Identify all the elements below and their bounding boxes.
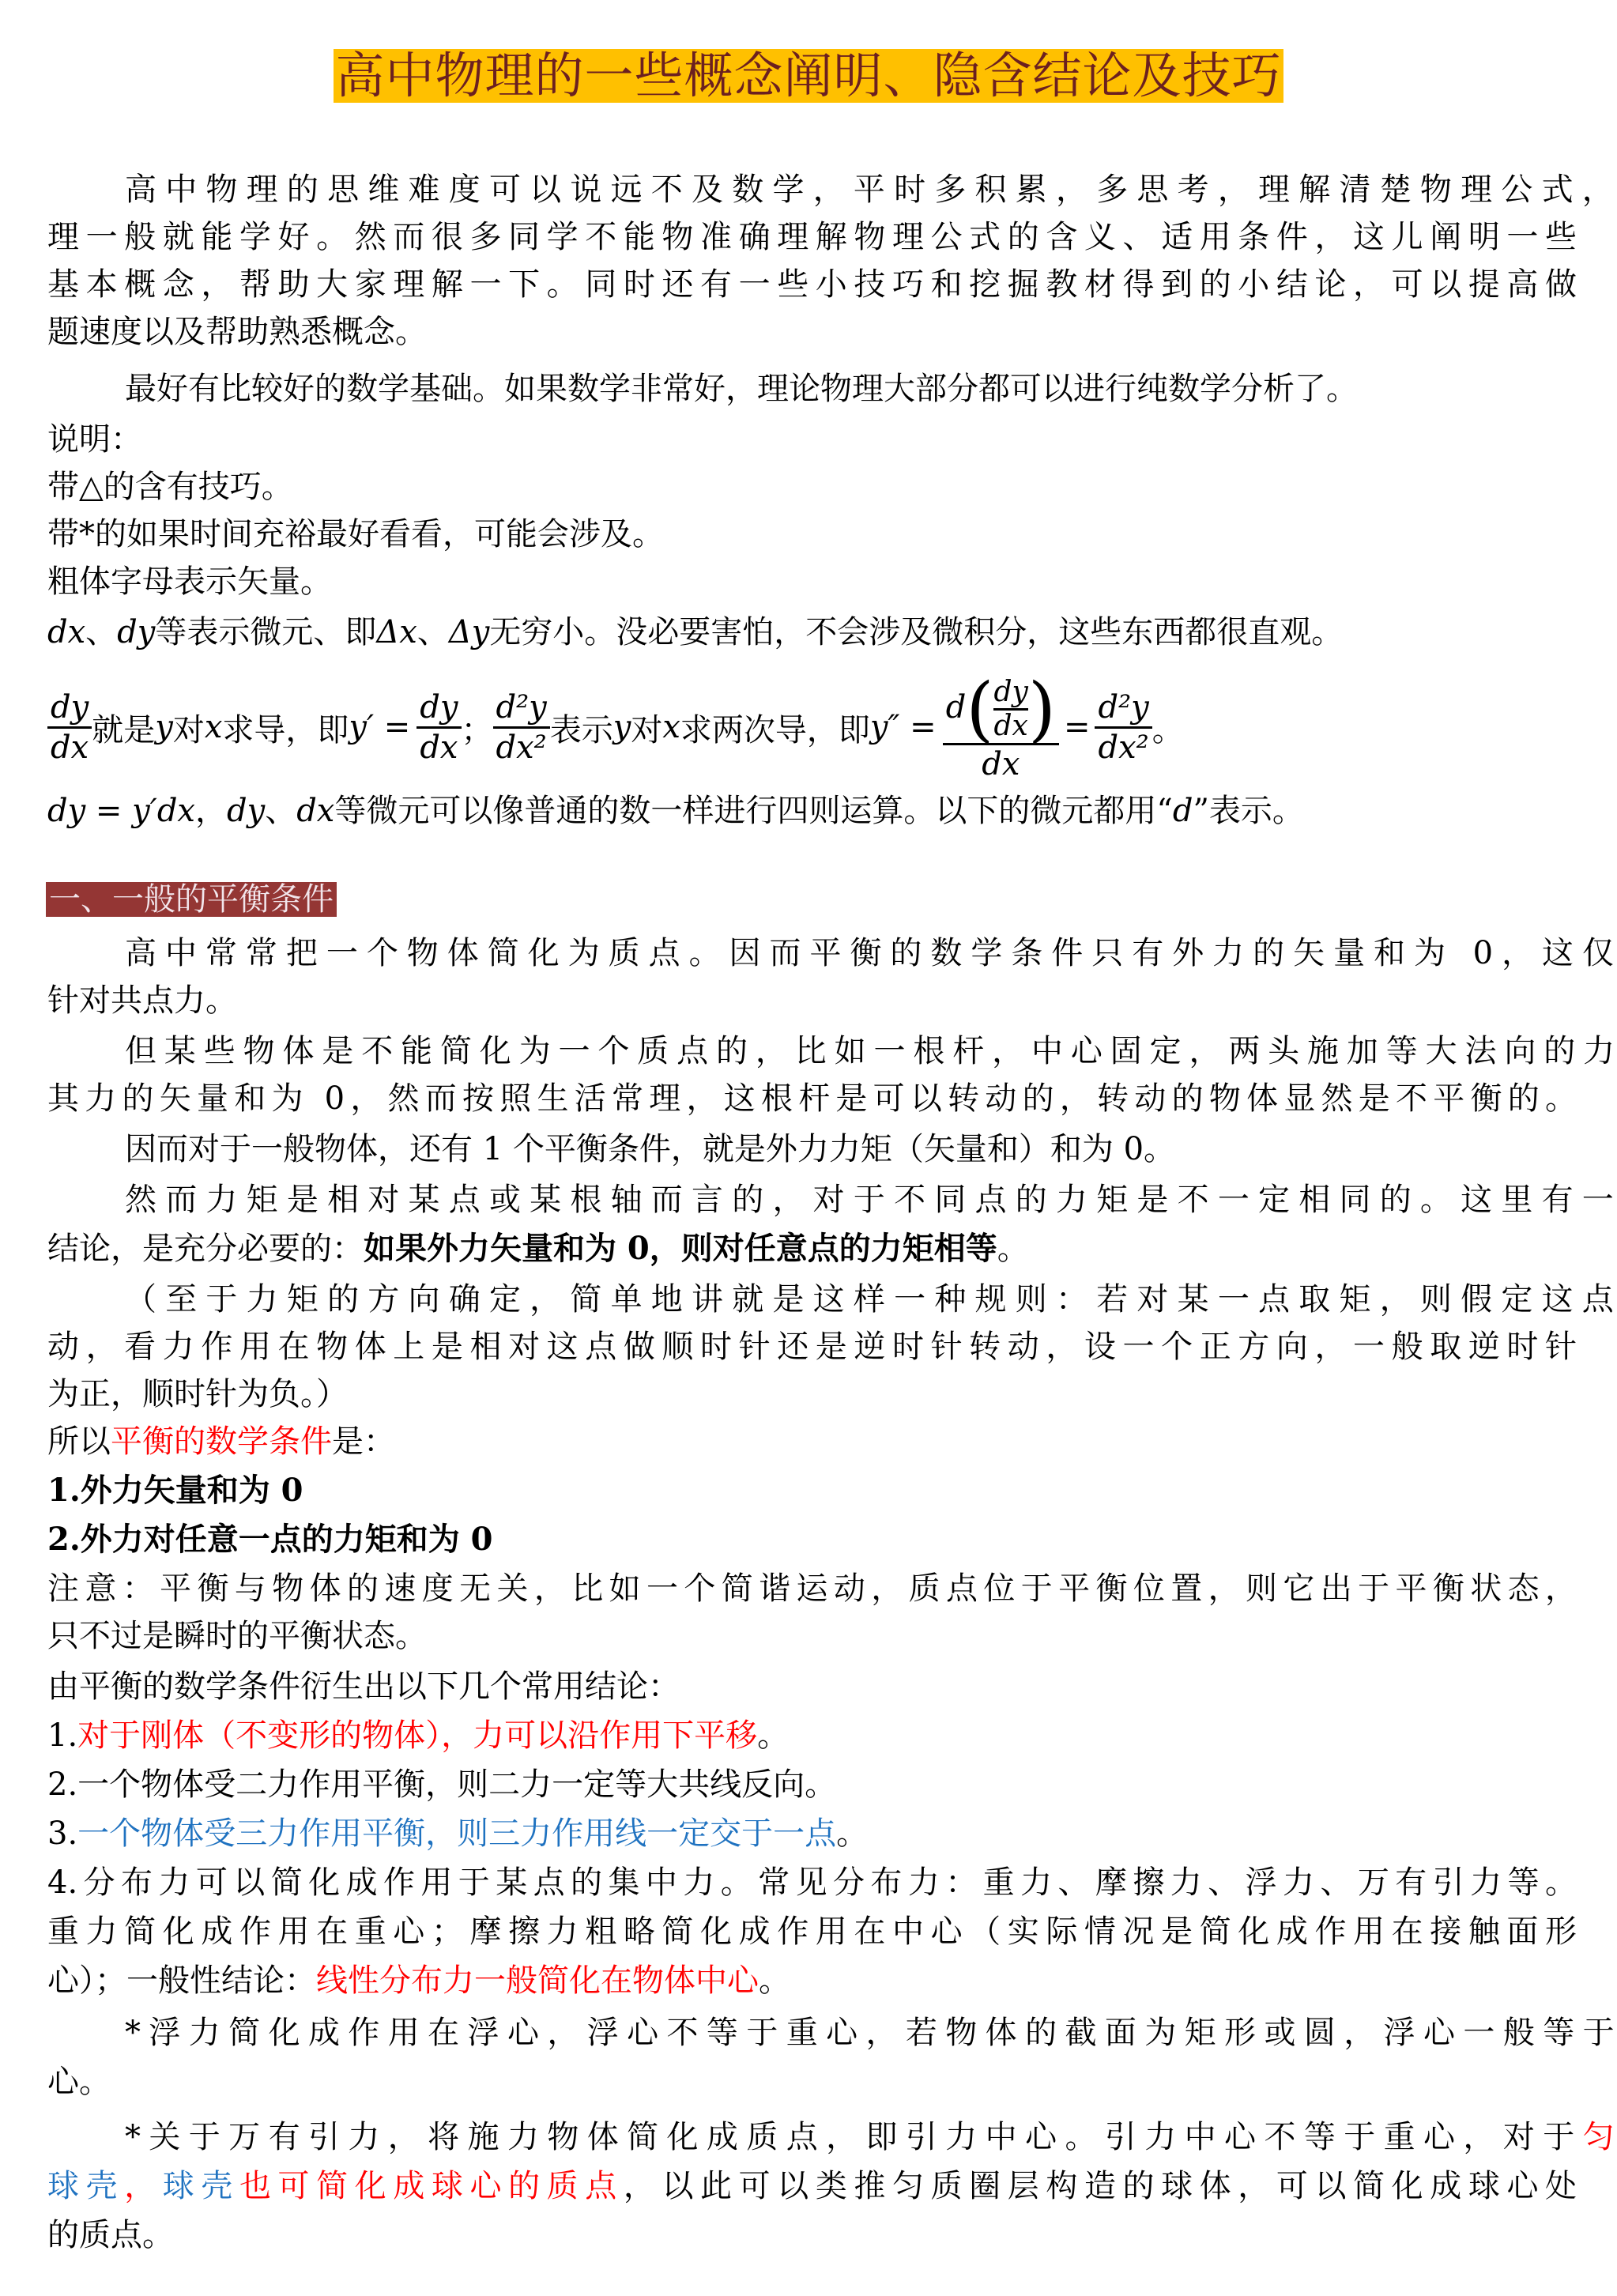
intro-p1-line4: 题速度以及帮助熟悉概念。 [47, 313, 1577, 351]
red-emphasis: 平衡的数学条件 [111, 1423, 332, 1460]
text: 表示 [550, 705, 613, 750]
conclusion-4-line3: 心）；一般性结论：线性分布力一般简化在物体中心。 [47, 1962, 1577, 2000]
math-d: d [1173, 793, 1193, 829]
fraction-dy-dx: dy dx [47, 688, 92, 767]
denominator: dx [47, 729, 92, 767]
condition-2: 2.外力对任意一点的力矩和为 0 [47, 1521, 1577, 1559]
text: 求两次导，即 [680, 705, 870, 750]
s1-p2-line1: 但某些物体是不能简化为一个质点的，比如一根杆，中心固定，两头施加等大法向的力， [47, 1032, 1617, 1070]
conclusion-3: 3.一个物体受三力作用平衡，则三力作用线一定交于一点。 [47, 1815, 1577, 1853]
intro-p1-line2: 理一般就能学好。然而很多同学不能物准确理解物理公式的含义、适用条件，这儿阐明一些 [47, 218, 1577, 256]
blue-emphasis: 一个物体受三力作用平衡，则三力作用线一定交于一点 [77, 1815, 836, 1852]
math-x: x [662, 709, 680, 745]
text: 。 [757, 1717, 789, 1754]
derivative-formula-row: dy dx 就是 y 对 x 求导，即 y′ = dy dx ； d²y dx²… [47, 668, 1577, 786]
s1-p1-line2: 针对共点力。 [47, 982, 1577, 1020]
text: 是： [332, 1423, 395, 1460]
text: 无穷小。没必要害怕，不会涉及微积分，这些东西都很直观。 [489, 614, 1343, 650]
text: 。 [997, 1231, 1029, 1267]
s1-p4-line2: 结论，是充分必要的：如果外力矢量和为 0，则对任意点的力矩相等。 [47, 1230, 1577, 1268]
equals-sign: = [1064, 709, 1091, 745]
numerator: d²y [1095, 688, 1151, 726]
math-x: x [205, 709, 223, 745]
numerator: d(dydx) [943, 672, 1059, 743]
math-y: y [613, 709, 631, 745]
ops-line: dy = y′dx，dy、dx等微元可以像普通的数一样进行四则运算。以下的微元都… [47, 792, 1577, 830]
math-delta-x: Δx [376, 614, 416, 650]
intro-p1-line1: 高中物理的思维难度可以说远不及数学，平时多积累，多思考，理解清楚物理公式，物 [47, 171, 1617, 209]
math-y: y [155, 709, 173, 745]
text: 所以 [47, 1423, 111, 1460]
math-dx: dx [296, 793, 334, 829]
title-container: 高中物理的一些概念阐明、隐含结论及技巧 [0, 49, 1617, 103]
inner-fraction: dydx [993, 677, 1027, 742]
text: 等表示微元、即 [155, 614, 376, 650]
document-page: 高中物理的一些概念阐明、隐含结论及技巧 高中物理的思维难度可以说远不及数学，平时… [0, 0, 1617, 2296]
math-y-double-prime: y″ = [870, 709, 937, 745]
gravity-line3: 的质点。 [47, 2216, 1577, 2254]
s1-p5-line1: （至于力矩的方向确定，简单地讲就是这样一种规则：若对某一点取矩，则假定这点不 [47, 1280, 1617, 1318]
math-d: d [946, 689, 967, 726]
note-bold: 粗体字母表示矢量。 [47, 563, 1577, 601]
blue-emphasis: 球壳 [163, 2168, 239, 2204]
fraction-d2y-dx2: d²y dx² [493, 688, 550, 767]
text: 3. [47, 1815, 77, 1852]
math-delta-y: Δy [449, 614, 489, 650]
derived-intro: 由平衡的数学条件衍生出以下几个常用结论： [47, 1668, 1577, 1706]
s1-p4-line1: 然而力矩是相对某点或某根轴而言的，对于不同点的力矩是不一定相同的。这里有一个 [47, 1181, 1617, 1219]
numerator: dy [47, 688, 92, 726]
gravity-line2: 球壳，球壳也可简化成球心的质点，以此可以类推匀质圈层构造的球体，可以简化成球心处 [47, 2167, 1577, 2205]
right-paren: ) [1028, 668, 1056, 751]
text: ，以此可以类推匀质圈层构造的球体，可以简化成球心处 [624, 2168, 1577, 2204]
text: 对 [631, 705, 662, 750]
differential-line: dx、dy等表示微元、即Δx、Δy无穷小。没必要害怕，不会涉及微积分，这些东西都… [47, 613, 1577, 651]
text: ， [195, 793, 227, 829]
red-emphasis: 也可简化成球心的质点 [239, 2168, 624, 2204]
text: 。 [1152, 705, 1184, 750]
math-dy: dy [117, 614, 155, 650]
denominator: dx² [493, 729, 550, 767]
s1-p5-line2: 动，看力作用在物体上是相对这点做顺时针还是逆时针转动，设一个正方向，一般取逆时针 [47, 1328, 1577, 1366]
left-paren: ( [966, 668, 993, 751]
fraction-dy-dx-2: dy dx [416, 688, 461, 767]
note-triangle: 带△的含有技巧。 [47, 468, 1577, 506]
note-line2: 只不过是瞬时的平衡状态。 [47, 1617, 1577, 1655]
bold-conclusion: 如果外力矢量和为 0，则对任意点的力矩相等 [364, 1230, 997, 1267]
fraction-d2y-dx2-2: d²y dx² [1095, 688, 1151, 767]
text: 心）；一般性结论： [47, 1962, 316, 1999]
condition-1: 1.外力矢量和为 0 [47, 1472, 1577, 1510]
text: 、 [265, 793, 296, 829]
red-emphasis: 线性分布力一般简化在物体中心 [316, 1962, 759, 1999]
red-emphasis: 匀质 [1583, 2119, 1617, 2155]
section-heading: 一、一般的平衡条件 [46, 882, 337, 917]
document-title: 高中物理的一些概念阐明、隐含结论及技巧 [334, 49, 1283, 103]
text: 。 [759, 1962, 790, 1999]
text: 结论，是充分必要的： [47, 1231, 364, 1267]
numerator: d²y [493, 688, 550, 726]
conclusion-1: 1.对于刚体（不变形的物体），力可以沿作用下平移。 [47, 1717, 1577, 1755]
conditions-intro: 所以平衡的数学条件是： [47, 1423, 1577, 1461]
text: 就是 [92, 705, 155, 750]
note-asterisk: 带*的如果时间充裕最好看看，可能会涉及。 [47, 515, 1577, 553]
numerator: dy [416, 688, 461, 726]
denominator: dx [416, 729, 461, 767]
math-dx: dx [47, 614, 85, 650]
buoyancy-line1: *浮力简化成作用在浮心，浮心不等于重心，若物体的截面为矩形或圆，浮心一般等于重 [47, 2014, 1617, 2052]
text: 1. [47, 1717, 77, 1754]
s1-p5-line3: 为正，顺时针为负。） [47, 1375, 1577, 1413]
s1-p1-line1: 高中常常把一个物体简化为质点。因而平衡的数学条件只有外力的矢量和为 0，这仅仅 [47, 934, 1617, 972]
buoyancy-line2: 心。 [47, 2063, 1577, 2101]
text: *关于万有引力，将施力物体简化成质点，即引力中心。引力中心不等于重心，对于 [125, 2119, 1583, 2155]
intro-p2: 最好有比较好的数学基础。如果数学非常好，理论物理大部分都可以进行纯数学分析了。 [47, 370, 1617, 408]
text: 等微元可以像普通的数一样进行四则运算。以下的微元都用“ [334, 793, 1172, 829]
red-emphasis: 对于刚体（不变形的物体），力可以沿作用下平移 [77, 1717, 757, 1754]
conclusion-2: 2.一个物体受二力作用平衡，则二力一定等大共线反向。 [47, 1766, 1577, 1804]
math-dy: dy [227, 793, 265, 829]
math-y-prime: y′ = [349, 709, 410, 745]
text: 、 [417, 614, 449, 650]
gravity-line1: *关于万有引力，将施力物体简化成质点，即引力中心。引力中心不等于重心，对于匀质 [47, 2118, 1617, 2156]
denominator: dx² [1095, 729, 1151, 767]
text: 、 [85, 614, 117, 650]
s1-p3: 因而对于一般物体，还有 1 个平衡条件，就是外力力矩（矢量和）和为 0。 [47, 1130, 1617, 1168]
note-line1: 注意：平衡与物体的速度无关，比如一个简谐运动，质点位于平衡位置，则它出于平衡状态… [47, 1570, 1577, 1608]
conclusion-4-line2: 重力简化成作用在重心；摩擦力粗略简化成作用在中心（实际情况是简化成作用在接触面形 [47, 1913, 1577, 1951]
red-emphasis: ， [124, 2168, 163, 2204]
math-dy-eq: dy = y′dx [47, 793, 195, 829]
s1-p2-line2: 其力的矢量和为 0，然而按照生活常理，这根杆是可以转动的，转动的物体显然是不平衡… [47, 1080, 1577, 1118]
fraction-d-dydx-over-dx: d(dydx) dx [943, 672, 1059, 783]
denominator: dx [943, 745, 1059, 783]
text: ； [462, 705, 493, 750]
denominator: dx [993, 711, 1027, 742]
text: 求导，即 [222, 705, 349, 750]
intro-p1-line3: 基本概念，帮助大家理解一下。同时还有一些小技巧和挖掘教材得到的小结论，可以提高做 [47, 266, 1577, 303]
numerator: dy [993, 677, 1027, 708]
blue-emphasis: 球壳 [47, 2168, 124, 2204]
text: ”表示。 [1193, 793, 1303, 829]
text: 。 [836, 1815, 868, 1852]
conclusion-4-line1: 4.分布力可以简化成作用于某点的集中力。常见分布力：重力、摩擦力、浮力、万有引力… [47, 1864, 1577, 1902]
text: 对 [173, 705, 205, 750]
notes-label: 说明： [47, 420, 1577, 458]
